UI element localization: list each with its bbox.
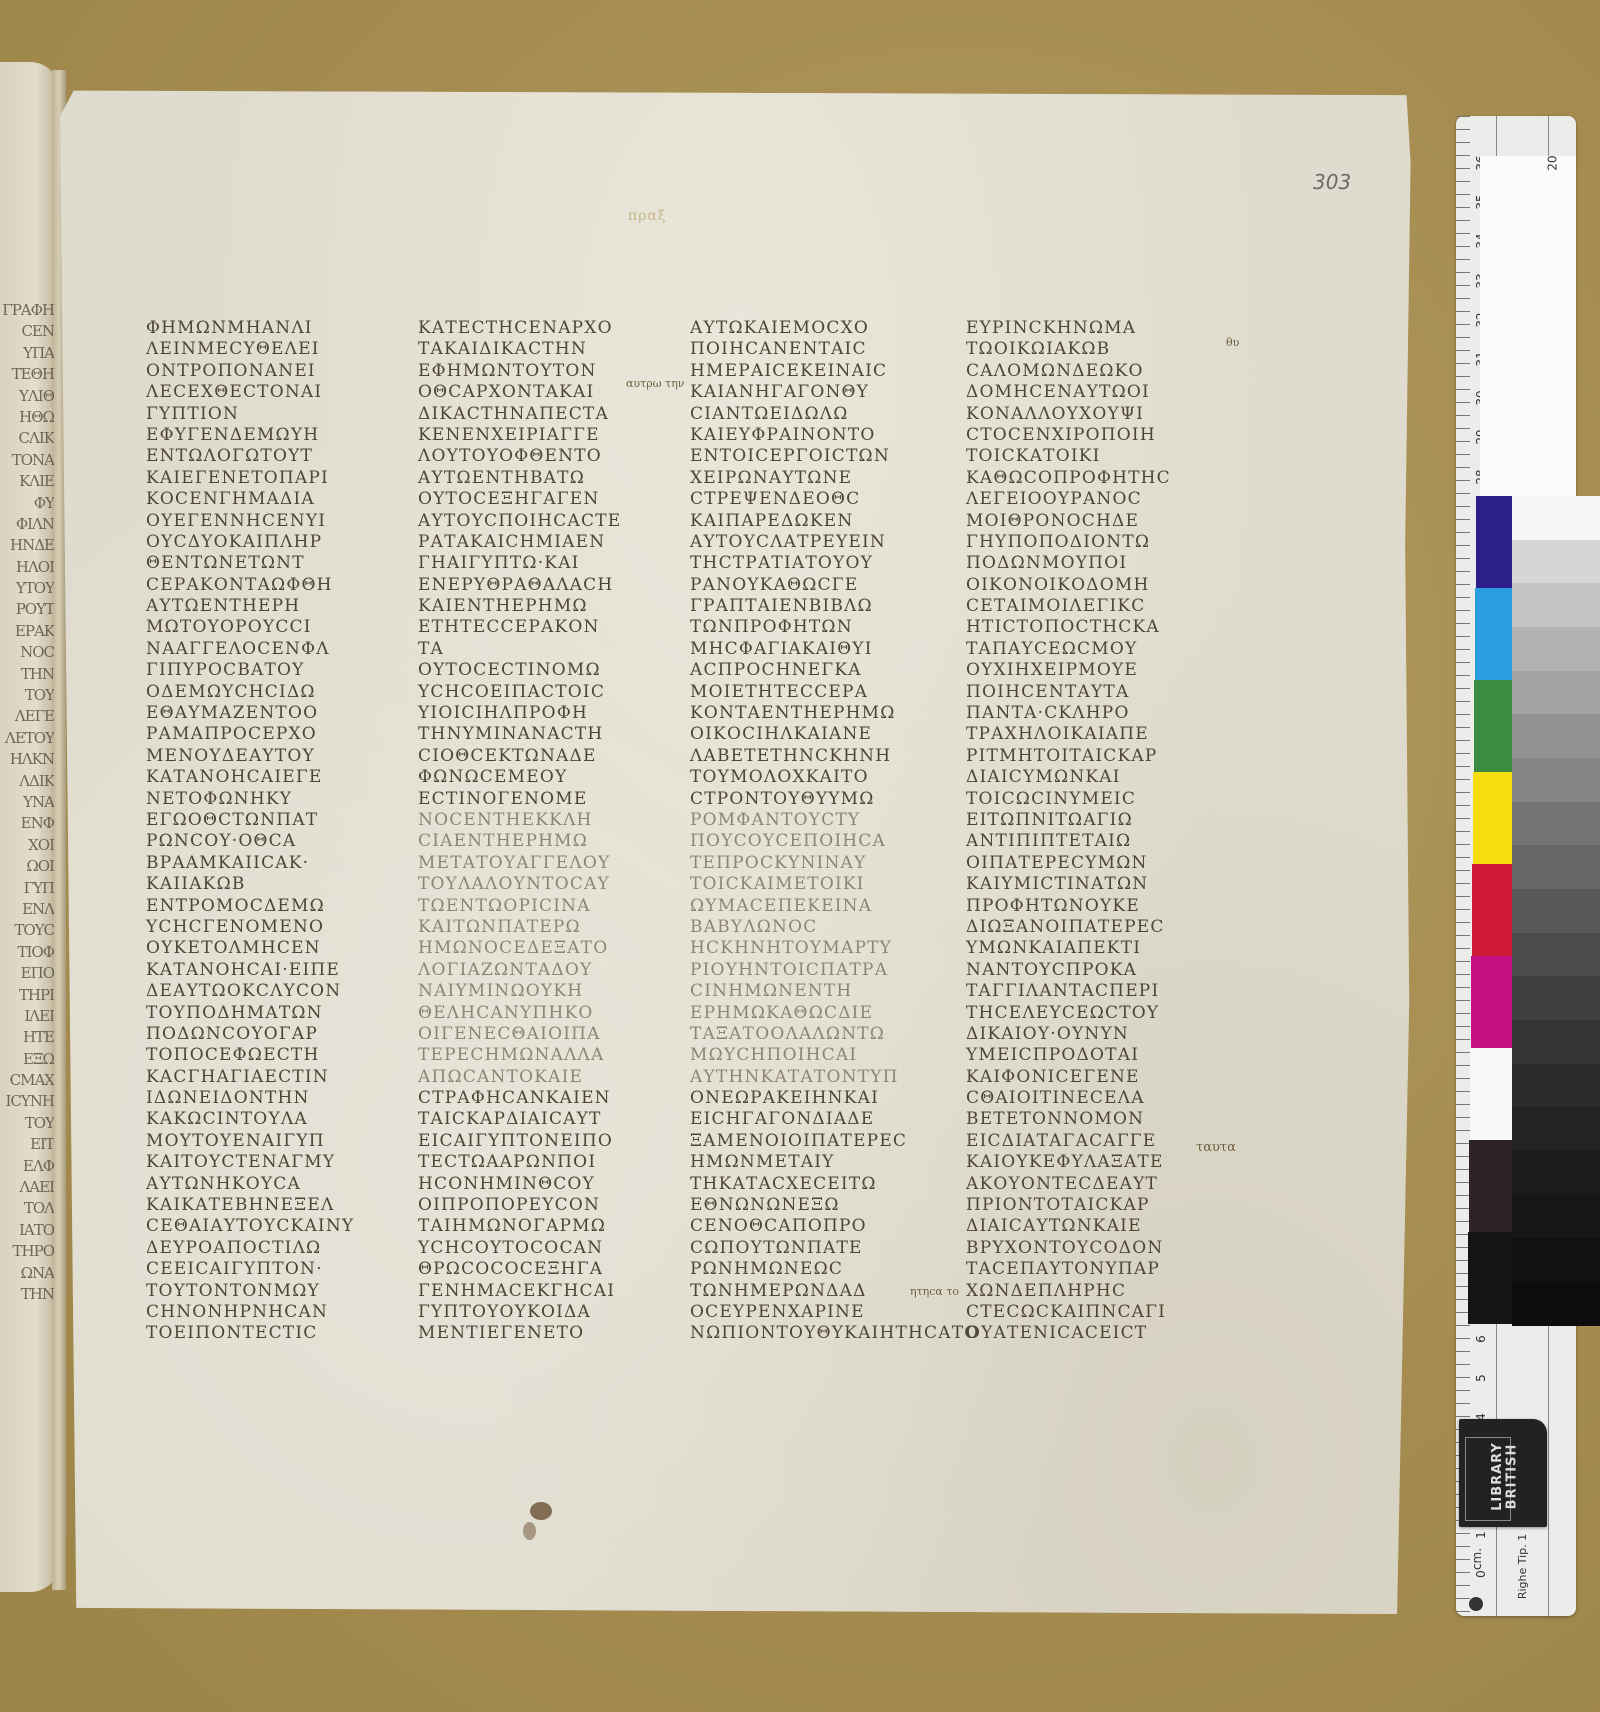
text-line: ΚΑΙΦΟΝΙCΕΓΕΝΕ [966,1067,1216,1088]
text-line: CΤΡΑΦΗCΑΝΚΑΙΕΝ [418,1088,668,1109]
facing-text-line: ΛΕΓΕ [0,706,54,727]
facing-text-line: ΕΞΩ [0,1049,54,1070]
facing-text-line: ΧΟΙ [0,835,54,856]
text-line: ΕΙCΗΓΑΓΟΝΔΙΑΔΕ [690,1109,940,1130]
text-line: CΙΟΘCΕΚΤΩΝΑΔΕ [418,746,668,767]
gray-step [1512,540,1600,584]
gray-step [1512,758,1600,802]
text-line: ΓΥΠΤΟΥΟΥΚΟΙΔΑ [418,1302,668,1323]
text-line: ΟΥΤΟCΕCΤΙΝΟΜΩ [418,660,668,681]
british-library-tag: BRITISH LIBRARY [1459,1419,1547,1527]
text-line: ΑΥΤΩΕΝΤΗΒΑΤΩ [418,468,668,489]
text-line: ΜΩΥCΗΠΟΙΗCΑΙ [690,1045,940,1066]
text-line: ΑΥΤΟΥCΠΟΙΗCΑCΤΕ [418,511,668,532]
gray-step [1512,845,1600,889]
gray-step [1512,671,1600,715]
tag-line-british: BRITISH [1504,1444,1519,1510]
text-line: ΟΥCΔΥΟΚΑΙΠΛΗΡ [146,532,396,553]
text-line: ΕΓΩΟΘCΤΩΝΠΑΤ [146,810,396,831]
text-column-2: ΚΑΤΕCΤΗCΕΝΑΡΧΟΤΑΚΑΙΔΙΚΑCΤΗΝΕΦΗΜΩΝΤΟΥΤΟΝΟ… [418,318,668,1345]
text-line: ΤΗΚΑΤΑCΧΕCΕΙΤΩ [690,1174,940,1195]
text-line: ΕΝΤΟΙCΕΡΓΟΙCΤΩΝ [690,446,940,467]
tag-line-library: LIBRARY [1490,1442,1505,1511]
text-line: ΜΕΤΑΤΟΥΑΓΓΕΛΟΥ [418,853,668,874]
text-line: ΤΑCΕΠΑΥΤΟΝΥΠΑΡ [966,1259,1216,1280]
text-line: ΒΑΒΥΛΩΝΟC [690,917,940,938]
text-line: ΑΥΤΩΝΗΚΟΥCΑ [146,1174,396,1195]
ruler-number: 6 [1474,1328,1488,1350]
text-line: ΕΥΡΙΝCΚΗΝΩΜΑ [966,318,1216,339]
text-line: CΤΕCΩCΚΑΙΠΝCΑΓΙ [966,1302,1216,1323]
text-line: ΤΟΥΛΑΛΟΥΝΤΟCΑΥ [418,874,668,895]
text-line: ΝΟCΕΝΤΗΕΚΚΛΗ [418,810,668,831]
text-line: ΕΤΗΤΕCCΕΡΑΚΟΝ [418,617,668,638]
facing-text-line: ΕΝΦ [0,813,54,834]
text-line: ΠΟΔΩΝΜΟΥΠΟΙ [966,553,1216,574]
text-line: ΕΘΝΩΝΩΝΕΞΩ [690,1195,940,1216]
text-line: ΛΕCΕΧΘΕCΤΟΝΑΙ [146,382,396,403]
facing-text-line: CΛΙΚ [0,428,54,449]
text-line: ΟΙΚΟCΙΗΛΚΑΙΑΝΕ [690,724,940,745]
text-line: ΜΩΤΟΥΟΡΟΥCCΙ [146,617,396,638]
text-line: ΗΜΩΝΜΕΤΑΙΥ [690,1152,940,1173]
gray-step [1512,1195,1600,1239]
color-swatch-black [1468,1232,1518,1324]
text-column-3: ΑΥΤΩΚΑΙΕΜΟCΧΟΠΟΙΗCΑΝΕΝΤΑΙCΗΜΕΡΑΙCΕΚΕΙΝΑΙ… [690,318,940,1345]
text-line: ΤΟΙCΚΑΤΟΙΚΙ [966,446,1216,467]
text-line: ΜΕΝΟΥΔΕΑΥΤΟΥ [146,746,396,767]
facing-page-text: ΓΡΑΦΗCENΥΠΑΤΕΘΗΥΛΙΘΗΘΩCΛΙΚΤΟΝΑΚΛΙΕΦΥΦΙΛΝ… [0,300,54,1305]
ruler-secondary-number: 20 [1546,155,1560,170]
text-line: ΟΥΕΓΕΝΝΗCΕΝΥΙ [146,511,396,532]
text-line: ΝΑΝΤΟΥCΠΡΟΚΑ [966,960,1216,981]
text-line: ΗCΟΝΗΜΙΝΘCΟΥ [418,1174,668,1195]
ruler-number: 1 [1474,1524,1488,1546]
facing-text-line: ΤΟΛ [0,1198,54,1219]
text-line: ΤΟΥΜΟΛΟΧΚΑΙΤΟ [690,767,940,788]
ruler-unit-label: cm. [1470,1548,1484,1570]
text-line: ΑΚΟΥΟΝΤΕCΔΕΑΥΤ [966,1174,1216,1195]
text-line: ΑΥΤΩΚΑΙΕΜΟCΧΟ [690,318,940,339]
text-line: ΦΗΜΩΝΜΗΑΝΛΙ [146,318,396,339]
gray-step [1512,1238,1600,1282]
text-line: CΙΝΗΜΩΝΕΝΤΗ [690,981,940,1002]
text-line: ΔΙΩΞΑΝΟΙΠΑΤΕΡΕC [966,917,1216,938]
facing-text-line: ΗΘΩ [0,407,54,428]
text-line: ΡΟΜΦΑΝΤΟΥCΤΥ [690,810,940,831]
text-line: ΕΙCΔΙΑΤΑΓΑCΑΓΓΕ [966,1131,1216,1152]
text-line: ΛΟΥΤΟΥΟΦΘΕΝΤΟ [418,446,668,467]
text-line: ΚΑΙΠΑΡΕΔΩΚΕΝ [690,511,940,532]
text-line: CΤΡΕΨΕΝΔΕΟΘC [690,489,940,510]
text-line: ΤΟΥΤΟΝΤΟΝΜΩΥ [146,1281,396,1302]
grayscale-strip [1512,496,1600,1326]
text-line: CΙΑΝΤΩΕΙΔΩΛΩ [690,404,940,425]
facing-text-line: CΜΑΧ [0,1070,54,1091]
facing-text-line: ΝΟC [0,642,54,663]
text-line: ΓΙΠΥΡΟCΒΑΤΟΥ [146,660,396,681]
text-line: CΘΑΙΟΙΤΙΝΕCΕΛΑ [966,1088,1216,1109]
text-line: ΟΙΓΕΝΕCΘΑΙΟΙΠΑ [418,1024,668,1045]
text-line: ΜΟΙΕΤΗΤΕCCΕΡΑ [690,682,940,703]
marginal-note: θυ [1226,336,1239,349]
text-line: ΩΥΜΑCΕΠΕΚΕΙΝΑ [690,896,940,917]
text-line: ΟΙΚΟΝΟΙΚΟΔΟΜΗ [966,575,1216,596]
text-line: ΚΟΝΑΛΛΟΥΧΟΥΨΙ [966,404,1216,425]
text-line: ΤΡΑΧΗΛΟΙΚΑΙΑΠΕ [966,724,1216,745]
text-line: ΚΑΙΙΑΚΩΒ [146,874,396,895]
gray-step [1512,714,1600,758]
text-line: ΝΑΙΥΜΙΝΩΟΥΚΗ [418,981,668,1002]
facing-text-line: ΤΟΥ [0,1113,54,1134]
text-line: CΤΡΟΝΤΟΥΘΥΥΜΩ [690,789,940,810]
gray-step [1512,1064,1600,1108]
text-column-4: ΕΥΡΙΝCΚΗΝΩΜΑΤΩΟΙΚΩΙΑΚΩΒCΑΛΟΜΩΝΔΕΩΚΟΔΟΜΗC… [966,318,1216,1345]
text-line: ΓΡΑΠΤΑΙΕΝΒΙΒΛΩ [690,596,940,617]
gray-step [1512,802,1600,846]
gray-step [1512,627,1600,671]
text-line: ΚΑΙΟΥΚΕΦΥΛΑΞΑΤΕ [966,1152,1216,1173]
facing-text-line: ΤΗΝ [0,1284,54,1305]
marginal-correction: ητηcα το [910,1285,959,1298]
text-line: ΕΙCΑΙΓΥΠΤΟΝΕΙΠΟ [418,1131,668,1152]
text-line: ΤΩΕΝΤΩΟΡΙCΙΝΑ [418,896,668,917]
text-line: ΑΝΤΙΠΙΠΤΕΤΑΙΩ [966,831,1216,852]
text-line: ΚΑΙΕΝΤΗΕΡΗΜΩ [418,596,668,617]
text-line: ΜΕΝΤΙΕΓΕΝΕΤΟ [418,1323,668,1344]
text-line: ΡΙΤΜΗΤΟΙΤΑΙCΚΑΡ [966,746,1216,767]
gray-step [1512,976,1600,1020]
facing-text-line: ΤΙΟΦ [0,942,54,963]
text-line: ΚΑΙΤΟΥCΤΕΝΑΓΜΥ [146,1152,396,1173]
facing-text-line: ΤΟΥC [0,920,54,941]
gray-step [1512,889,1600,933]
text-line: CΩΠΟΥΤΩΝΠΑΤΕ [690,1238,940,1259]
text-line: ΤΕΡΕCΗΜΩΝΑΛΛΑ [418,1045,668,1066]
ruler-secondary-label: Righe Tip. 1 [1516,1534,1529,1599]
text-line: ΥCΗCΟΕΙΠΑCΤΟΙC [418,682,668,703]
text-line: ΛΕΓΕΙΟΟΥΡΑΝΟC [966,489,1216,510]
text-line: ΗΜΩΝΟCΕΔΕΞΑΤΟ [418,938,668,959]
text-line: ΤΟΙCΩCΙΝΥΜΕΙC [966,789,1216,810]
text-line: CΗΝΟΝΗΡΝΗCΑΝ [146,1302,396,1323]
text-line: ΥCΗCΓΕΝΟΜΕΝΟ [146,917,396,938]
text-line: ΟΥΤΟCΕΞΗΓΑΓΕΝ [418,489,668,510]
facing-text-line: CEN [0,321,54,342]
text-line: ΟΥΧΙΗΧΕΙΡΜΟΥΕ [966,660,1216,681]
text-line: ΘΕΝΤΩΝΕΤΩΝΤ [146,553,396,574]
text-line: ΗCΚΗΝΗΤΟΥΜΑΡΤΥ [690,938,940,959]
facing-text-line: ΙΑΤΟ [0,1220,54,1241]
ink-stain [523,1522,536,1540]
text-line: ΘΡΩCΟCΟCΕΞΗΓΑ [418,1259,668,1280]
gray-step [1512,583,1600,627]
text-line: ΝΩΠΙΟΝΤΟΥΘΥΚΑΙΗΤΗCΑΤΟ [690,1323,940,1344]
text-line: ΟΙΠΡΟΠΟΡΕΥCΟΝ [418,1195,668,1216]
text-line: ΚΑΚΩCΙΝΤΟΥΛΑ [146,1109,396,1130]
text-line: ΤΑΚΑΙΔΙΚΑCΤΗΝ [418,339,668,360]
text-line: ΕΘΑΥΜΑΖΕΝΤΟΟ [146,703,396,724]
marginal-note: ταυτα [1196,1140,1236,1155]
facing-text-line: ΓΥΠ [0,878,54,899]
text-line: ΤΑ [418,639,668,660]
facing-text-line: ΕΠΟ [0,963,54,984]
text-line: ΟΥΚΕΤΟΛΜΗCΕΝ [146,938,396,959]
text-line: ΝΕΤΟΦΩΝΗΚΥ [146,789,396,810]
facing-text-line: ΕΙΤ [0,1134,54,1155]
facing-text-line: ΥΤΟΥ [0,578,54,599]
text-line: ΗΜΕΡΑΙCΕΚΕΙΝΑΙC [690,361,940,382]
text-line: ΛΟΓΙΑΖΩΝΤΑΔΟΥ [418,960,668,981]
color-calibration-chart [1468,496,1600,1318]
facing-text-line: ΤΟΝΑ [0,450,54,471]
facing-text-line: ΦΥ [0,493,54,514]
facing-text-line: ΗΝΔΕ [0,535,54,556]
facing-text-line: ΙΛΕΙ [0,1006,54,1027]
text-line: ΤΩΟΙΚΩΙΑΚΩΒ [966,339,1216,360]
text-line: ΙΔΩΝΕΙΔΟΝΤΗΝ [146,1088,396,1109]
text-line: ΕΙΤΩΠΝΙΤΩΑΓΙΩ [966,810,1216,831]
facing-text-line: ΕΡΑΚ [0,621,54,642]
facing-text-line: ΥΛΙΘ [0,386,54,407]
text-line: ΚΑΙΥΜΙCΤΙΝΑΤΩΝ [966,874,1216,895]
folio-number: 303 [1313,170,1351,194]
text-line: ΚΑΙΤΩΝΠΑΤΕΡΩ [418,917,668,938]
text-line: ΚΟΝΤΑΕΝΤΗΕΡΗΜΩ [690,703,940,724]
text-line: ΤΩΝΠΡΟΦΗΤΩΝ [690,617,940,638]
facing-text-line: ΛΔΙΚ [0,771,54,792]
text-line: ΚΑΙΕΓΕΝΕΤΟΠΑΡΙ [146,468,396,489]
text-line: ΥCΗCΟΥΤΟCΟCΑΝ [418,1238,668,1259]
text-line: CΕΘΑΙΑΥΤΟΥCΚΑΙΝΥ [146,1216,396,1237]
facing-text-line: ΤΗΝ [0,664,54,685]
facing-text-line: ΤΗΡΟ [0,1241,54,1262]
text-line: ΑCΠΡΟCΗΝΕΓΚΑ [690,660,940,681]
text-line: ΚΑCΓΗΑΓΙΑΕCΤΙΝ [146,1067,396,1088]
text-line: ΤΩΝΗΜΕΡΩΝΔΑΔ [690,1281,940,1302]
facing-text-line: ΡΟΥΤ [0,599,54,620]
facing-text-line: ΥΠΑ [0,343,54,364]
text-line: ΤΗCΕΛΕΥCΕΩCΤΟΥ [966,1003,1216,1024]
text-line: ΟΝΤΡΟΠΟΝΑΝΕΙ [146,361,396,382]
facing-text-line: ΙCΥΝΗ [0,1091,54,1112]
text-line: ΚΟCΕΝΓΗΜΑΔΙΑ [146,489,396,510]
text-line: ΡΩΝCΟΥ·ΟΘCΑ [146,831,396,852]
text-line: ΗΤΙCΤΟΠΟCΤΗCΚΑ [966,617,1216,638]
ruler-white-card [1480,156,1576,496]
text-line: CΕΝΟΘCΑΠΟΠΡΟ [690,1216,940,1237]
facing-text-line: ΩΝΑ [0,1263,54,1284]
text-line: ΤΑΙCΚΑΡΔΙΑΙCΑΥΤ [418,1109,668,1130]
text-line: ΜΟΥΤΟΥΕΝΑΙΓΥΠ [146,1131,396,1152]
text-line: ΚΑΤΑΝΟΗCΑΙΕΓΕ [146,767,396,788]
text-line: ΡΑΝΟΥΚΑΘΩCΓΕ [690,575,940,596]
text-line: ΑΥΤΟΥCΛΑΤΡΕΥΕΙΝ [690,532,940,553]
text-line: ΟΥΑΤΕΝΙCΑCΕΙCΤ [966,1323,1216,1344]
text-line: ΤΗCΤΡΑΤΙΑΤΟΥΟΥ [690,553,940,574]
text-line: CΕΡΑΚΟΝΤΑΩΦΘΗ [146,575,396,596]
facing-text-line: ΗΛΟΙ [0,557,54,578]
text-line: ΠΟΔΩΝCΟΥΟΓΑΡ [146,1024,396,1045]
text-line: ΕΡΗΜΩΚΑΘΩCΔΙΕ [690,1003,940,1024]
facing-text-line: ΕΛΦ [0,1156,54,1177]
text-line: ΤΗΝΥΜΙΝΑΝΑCΤΗ [418,724,668,745]
facing-text-line: ΗΤΕ [0,1027,54,1048]
text-line: ΦΩΝΩCΕΜΕΟΥ [418,767,668,788]
text-line: ΡΩΝΗΜΩΝΕΩC [690,1259,940,1280]
text-line: ΒΡΑΑΜΚΑΙΙCΑΚ· [146,853,396,874]
text-line: ΚΑΤΕCΤΗCΕΝΑΡΧΟ [418,318,668,339]
text-line: ΑΥΤΗΝΚΑΤΑΤΟΝΤΥΠ [690,1067,940,1088]
facing-text-line: ΥΝΑ [0,792,54,813]
text-line: ΔΕΥΡΟΑΠΟCΤΙΛΩ [146,1238,396,1259]
facing-text-line: ΤΟΥ [0,685,54,706]
facing-text-line: ΩΟΙ [0,856,54,877]
text-line: ΔΙΚΑΙΟΥ·ΟΥΝΥΝ [966,1024,1216,1045]
facing-text-line: ΕΝΛ [0,899,54,920]
facing-text-line: ΛΑΕΙ [0,1177,54,1198]
text-line: ΥΙΟΙCΙΗΛΠΡΟΦΗ [418,703,668,724]
text-line: ΥΜΕΙCΠΡΟΔΟΤΑΙ [966,1045,1216,1066]
text-line: ΤΑΓΓΙΛΑΝΤΑCΠΕΡΙ [966,981,1216,1002]
text-line: ΓΗΥΠΟΠΟΔΙΟΝΤΩ [966,532,1216,553]
text-line: ΔΟΜΗCΕΝΑΥΤΩΟΙ [966,382,1216,403]
text-column-1: ΦΗΜΩΝΜΗΑΝΛΙΛΕΙΝΜΕCΥΘΕΛΕΙΟΝΤΡΟΠΟΝΑΝΕΙΛΕCΕ… [146,318,396,1345]
text-line: ΠΟΙΗCΑΝΕΝΤΑΙC [690,339,940,360]
text-line: ΘΕΛΗCΑΝΥΠΗΚΟ [418,1003,668,1024]
text-line: ΟΝΕΩΡΑΚΕΙΗΝΚΑΙ [690,1088,940,1109]
text-line: ΚΑΙΑΝΗΓΑΓΟΝΘΥ [690,382,940,403]
facing-text-line: ΤΕΘΗ [0,364,54,385]
text-line: ΠΟΥCΟΥCΕΠΟΙΗCΑ [690,831,940,852]
text-line: ΡΑΤΑΚΑΙCΗΜΙΑΕΝ [418,532,668,553]
text-line: ΛΑΒΕΤΕΤΗΝCΚΗΝΗ [690,746,940,767]
text-line: ΤΑΞΑΤΟΟΛΑΛΩΝΤΩ [690,1024,940,1045]
text-line: ΒΕΤΕΤΟΝΝΟΜΟΝ [966,1109,1216,1130]
gray-step [1512,1020,1600,1064]
text-line: ΝΑΑΓΓΕΛΟCΕΝΦΛ [146,639,396,660]
marginal-correction: αυτρω την [626,377,685,390]
text-line: ΤΟΠΟCΕΦΩΕCΤΗ [146,1045,396,1066]
ruler-hole [1469,1597,1483,1611]
text-line: ΕΝΕΡΥΘΡΑΘΑΛΑCΗ [418,575,668,596]
text-line: ΚΑΤΑΝΟΗCΑΙ·ΕΙΠΕ [146,960,396,981]
text-line: ΥΜΩΝΚΑΙΑΠΕΚΤΙ [966,938,1216,959]
text-line: ΑΥΤΩΕΝΤΗΕΡΗ [146,596,396,617]
facing-text-line: ΚΛΙΕ [0,471,54,492]
text-line: ΤΟΕΙΠΟΝΤΕCΤΙC [146,1323,396,1344]
text-line: ΤΕCΤΩΑΑΡΩΝΠΟΙ [418,1152,668,1173]
facing-text-line: ΓΡΑΦΗ [0,300,54,321]
text-line: ΠΑΝΤΑ·CΚΛΗΡΟ [966,703,1216,724]
text-line: ΠΡΟΦΗΤΩΝΟΥΚΕ [966,896,1216,917]
text-line: ΕCΤΙΝΟΓΕΝΟΜΕ [418,789,668,810]
text-line: ΛΕΙΝΜΕCΥΘΕΛΕΙ [146,339,396,360]
text-line: ΤΟΙCΚΑΙΜΕΤΟΙΚΙ [690,874,940,895]
text-line: ΔΙΚΑCΤΗΝΑΠΕCΤΑ [418,404,668,425]
text-line: ΓΕΝΗΜΑCΕΚΓΗCΑΙ [418,1281,668,1302]
text-line: ΤΑΙΗΜΩΝΟΓΑΡΜΩ [418,1216,668,1237]
running-head: πραξ [628,208,667,224]
text-line: ΡΙΟΥΗΝΤΟΙCΠΑΤΡΑ [690,960,940,981]
text-line: CΕΤΑΙΜΟΙΛΕΓΙΚC [966,596,1216,617]
gray-step [1512,496,1600,540]
ruler-number: 5 [1474,1367,1488,1389]
text-line: ΡΑΜΑΠΡΟCΕΡΧΟ [146,724,396,745]
text-line: ΧΩΝΔΕΠΛΗΡΗC [966,1281,1216,1302]
text-line: ΔΙΑΙCΑΥΤΩΝΚΑΙΕ [966,1216,1216,1237]
facing-text-line: ΛΕΤΟΥ [0,728,54,749]
text-line: ΑΠΩCΑΝΤΟΚΑΙΕ [418,1067,668,1088]
text-line: CΕΕΙCΑΙΓΥΠΤΟΝ· [146,1259,396,1280]
gray-step [1512,1151,1600,1195]
text-line: ΚΕΝΕΝΧΕΙΡΙΑΓΓΕ [418,425,668,446]
facing-text-line: ΤΗΡΙ [0,985,54,1006]
text-line: ΧΕΙΡΩΝΑΥΤΩΝΕ [690,468,940,489]
text-line: ΟΙΠΑΤΕΡΕCΥΜΩΝ [966,853,1216,874]
text-line: ΚΑΘΩCΟΠΡΟΦΗΤΗC [966,468,1216,489]
gray-step [1512,933,1600,977]
gray-step [1512,1282,1600,1326]
text-line: ΤΑΠΑΥCΕΩCΜΟΥ [966,639,1216,660]
text-line: CΙΑΕΝΤΗΕΡΗΜΩ [418,831,668,852]
text-line: ΒΡΥΧΟΝΤΟΥCΟΔΟΝ [966,1238,1216,1259]
text-line: ΔΙΑΙCΥΜΩΝΚΑΙ [966,767,1216,788]
text-line: CΑΛΟΜΩΝΔΕΩΚΟ [966,361,1216,382]
text-line: ΜΟΙΘΡΟΝΟCΗΔΕ [966,511,1216,532]
text-line: ΚΑΙΚΑΤΕΒΗΝΕΞΕΛ [146,1195,396,1216]
text-line: ΟCΕΥΡΕΝΧΑΡΙΝΕ [690,1302,940,1323]
text-line: ΟΔΕΜΩΥCΗCΙΔΩ [146,682,396,703]
gray-step [1512,1107,1600,1151]
text-line: ΕΝΤΡΟΜΟCΔΕΜΩ [146,896,396,917]
ink-stain [530,1502,552,1520]
facing-text-line: ΦΙΛΝ [0,514,54,535]
text-line: ΤΕΠΡΟCΚΥΝΙΝΑΥ [690,853,940,874]
text-line: ΕΝΤΩΛΟΓΩΤΟΥΤ [146,446,396,467]
text-line: ΕΦΥΓΕΝΔΕΜΩΥΗ [146,425,396,446]
text-line: CΤΟCΕΝΧΙΡΟΠΟΙΗ [966,425,1216,446]
facing-text-line: ΗΛΚΝ [0,749,54,770]
text-line: ΓΥΠΤΙΟΝ [146,404,396,425]
text-line: ΤΟΥΠΟΔΗΜΑΤΩΝ [146,1003,396,1024]
text-line: ΓΗΑΙΓΥΠΤΩ·ΚΑΙ [418,553,668,574]
text-line: ΜΗCΦΑΓΙΑΚΑΙΘΥΙ [690,639,940,660]
text-line: ΚΑΙΕΥΦΡΑΙΝΟΝΤΟ [690,425,940,446]
text-line: ΠΡΙΟΝΤΟΤΑΙCΚΑΡ [966,1195,1216,1216]
text-line: ΠΟΙΗCΕΝΤΑΥΤΑ [966,682,1216,703]
text-line: ΔΕΑΥΤΩΟΚCΛΥCΟΝ [146,981,396,1002]
text-line: ΞΑΜΕΝΟΙΟΙΠΑΤΕΡΕC [690,1131,940,1152]
